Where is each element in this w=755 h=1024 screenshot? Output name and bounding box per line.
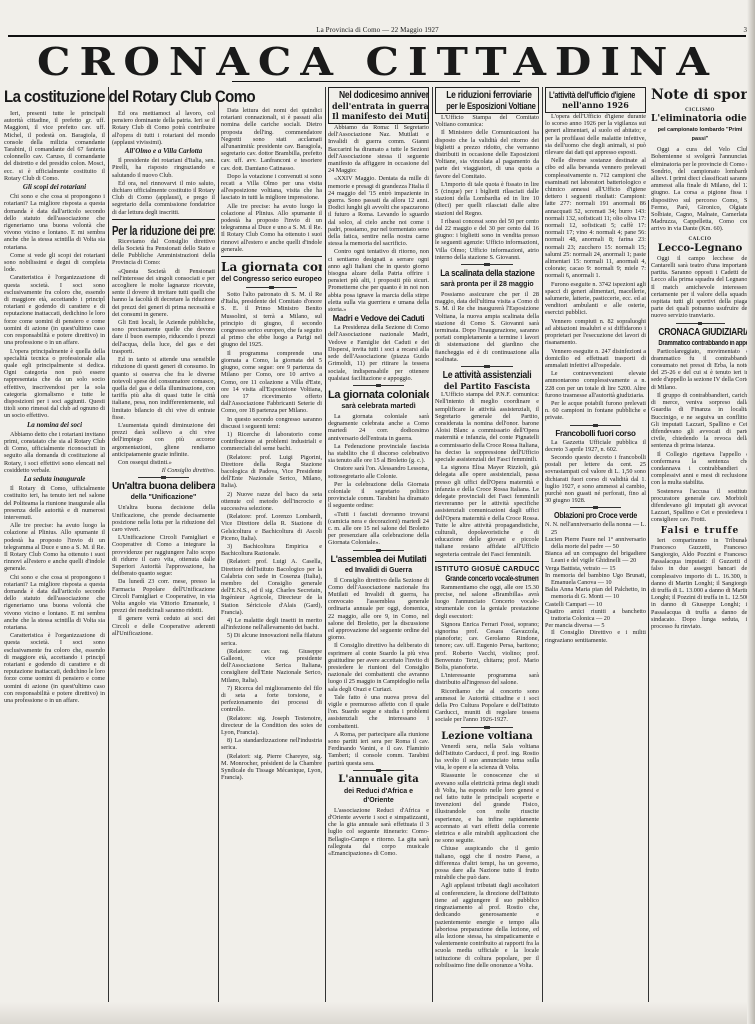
- truffe-paragraph: Ieri compariranno in Tribunale Francesco…: [651, 537, 749, 631]
- rotary-paragraph: Alle tre precise: ha avuto luogo la cola…: [221, 203, 322, 253]
- igiene-paragraph: Furono eseguite n. 3742 ispezioni agli s…: [545, 281, 646, 317]
- prezzi-paragraph: Gli Enti locali, le Aziende pubbliche, s…: [112, 319, 215, 355]
- unificazione-subtitle: della "Unificazione": [112, 493, 215, 502]
- calcio-paragraph: Oggi il campo lecchese del Cantarelli sa…: [651, 255, 749, 320]
- assemblea-paragraph: A Roma, per partecipare alla riunione so…: [328, 731, 429, 767]
- gita-title: L'annuale gita: [328, 774, 429, 786]
- madri-paragraph: La Presidenza della Sezione di Como dell…: [328, 324, 429, 382]
- congresso-paragraph: (Relatore: prof. Lorenzo Lombardi, Vice …: [221, 513, 322, 542]
- rotary-paragraph: Chi sono e che cosa si propongono i rota…: [4, 574, 105, 632]
- manifesto-paragraph: Contro ogni tentativo di ritorno, non ci…: [328, 248, 429, 313]
- igiene-paragraph: Vennero eseguite n. 247 disinfezioni a d…: [545, 348, 646, 370]
- column-divider: [108, 87, 109, 1002]
- rotary-headline: La costituzione del Rotary Club Como: [4, 88, 244, 106]
- rotary-paragraph: Chi sono e che cosa si propongono i rota…: [4, 193, 105, 251]
- column-1: Ieri, presenti tutte le principali autor…: [4, 110, 105, 1004]
- coloniale-paragraph: Oratore sarà l'on. Alessandro Lessona, s…: [328, 465, 429, 479]
- congresso-paragraph: 2) Nuove razze del baco da seta ottenute…: [221, 491, 322, 513]
- oblazioni-title: Oblazioni pro Croce verde: [550, 511, 641, 521]
- separator-ornament: [353, 770, 404, 771]
- article-rule: [435, 561, 539, 562]
- ciclismo-headline: L'eliminatoria odierna: [651, 114, 749, 125]
- oblazione-item: Per mancia diversa — 5: [545, 622, 646, 629]
- assemblea-subtitle: ed Invalidi di Guerra: [328, 566, 429, 575]
- assistenziali-subtitle: del Partito Fascista: [435, 381, 539, 391]
- congresso-paragraph: 7) Ricerca del miglioramento del filo di…: [221, 685, 322, 714]
- rotary-paragraph: Ieri, presenti tutte le principali autor…: [4, 110, 105, 182]
- igiene-paragraph: Vennero compiuti n. 82 sopraluoghi ad ab…: [545, 318, 646, 347]
- riduzioni-paragraph: L'Ufficio Stampa del Comitato Voltiano c…: [435, 114, 539, 128]
- prezzi-paragraph: Con ossequi distinti.»: [112, 459, 215, 466]
- congresso-paragraph: (Relatore: prof. Luigi Pigorini, Diretto…: [221, 454, 322, 490]
- rotary-paragraph: Dopo la votazione i convenuti si sono re…: [221, 173, 322, 202]
- manifesto-heading-box: Nel dodicesimo anniversario dell'entrata…: [328, 87, 429, 124]
- assemblea-paragraph: Tale fatto è una nuova prova del vigile …: [328, 694, 429, 730]
- column-6: L'attività dell'ufficio d'igiene nell'an…: [545, 87, 646, 1004]
- coloniale-paragraph: La giornata coloniale sarà degnamente ce…: [328, 413, 429, 442]
- assistenziali-paragraph: L'Ufficio stampa del P.N.F. comunica: Ne…: [435, 391, 539, 463]
- unificazione-paragraph: L'Unificazione Circoli Famigliari e Coop…: [112, 534, 215, 577]
- congresso-paragraph: (Relatore: cav. rag. Giuseppe Galleoni, …: [221, 648, 322, 684]
- giornata-comasca-title: La giornata comasca: [221, 260, 322, 274]
- article-rule: [221, 256, 322, 257]
- giornata-comasca-subtitle: del Congresso serico europeo: [221, 275, 322, 284]
- separator-ornament: [246, 287, 297, 288]
- lezione-paragraph: Agli applausi tributati dagli ascoltator…: [435, 882, 539, 968]
- separator-ornament: [570, 507, 621, 508]
- separator-ornament: [570, 425, 621, 426]
- manifesto-subtitle: Il manifesto dei Mutilati: [332, 111, 425, 121]
- igiene-paragraph: Le contravvenzioni elevate ammontarono c…: [545, 370, 646, 399]
- giudiziaria-title: CRONACA GIUDIZIARIA: [658, 327, 741, 339]
- separator-ornament: [353, 550, 404, 551]
- giudiziaria-paragraph: Sosteneva l'accusa il sostituto procurat…: [651, 488, 749, 524]
- rotary-paragraph: L'opera principalmente è quella della sp…: [4, 348, 105, 420]
- rotary-paragraph: Caratteristica è l'organizzazione di que…: [4, 274, 105, 346]
- calcio-headline: Lecco-Legnano: [651, 243, 749, 255]
- congresso-paragraph: (Relatore: sig. Joseph Testenoire, direc…: [221, 715, 322, 737]
- separator-ornament: [353, 385, 404, 386]
- gita-paragraph: L'associazione Reduci d'Africa e d'Orien…: [328, 807, 429, 857]
- congresso-paragraph: 4) Le malattie degli insetti in merito a…: [221, 617, 322, 631]
- congresso-paragraph: In questo secondo congresso saranno disc…: [221, 416, 322, 430]
- giudiziaria-paragraph: Il Collegio rigettava l'appello e confer…: [651, 451, 749, 487]
- page-edge-shadow: [747, 0, 755, 1024]
- ciclismo-subtitle: pel campionato lombardo "Primi passi": [651, 126, 749, 144]
- coloniale-subtitle: sarà celebrata martedì: [328, 402, 429, 411]
- oblazioni-closing: Il Consiglio Direttivo e i militi ringra…: [545, 629, 646, 643]
- prezzi-paragraph: «Questa Società di Pensionati nell'inter…: [112, 268, 215, 318]
- igiene-paragraph: Per le acque potabili furono prelevati n…: [545, 400, 646, 422]
- column-2: Ed ora mettiamoci al lavoro, col pensier…: [112, 110, 215, 1004]
- madri-title: Madri e Vedove dei Caduti: [328, 314, 429, 324]
- column-divider: [648, 200, 649, 1002]
- carducci-paragraph: Rammentiamo che oggi, alle ore 15.30 pre…: [435, 584, 539, 620]
- rotary-paragraph: Ed ora, nel rinnovarvi il mio saluto, di…: [112, 180, 215, 216]
- lezione-paragraph: Riassunte le conoscenze che si avevano s…: [435, 772, 539, 844]
- lezione-paragraph: Chiuse auspicando che il genio italiano,…: [435, 845, 539, 881]
- rotary-paragraph: Ed ora mettiamoci al lavoro, col pensier…: [112, 110, 215, 146]
- rotary-section-heading: Gli scopi dei rotariani: [4, 184, 105, 191]
- giudiziaria-paragraph: Il gruppo di contrabbandieri, carichi di…: [651, 392, 749, 450]
- prezzi-paragraph: Ed in tanto si attende una sensibile rid…: [112, 356, 215, 421]
- congresso-paragraph: 5) Di alcune innovazioni nella filatura …: [221, 632, 322, 646]
- oblazione-item: Castelli Campari — 10: [545, 601, 646, 608]
- congresso-paragraph: (Relatori: prof. Luigi A. Casella, Diret…: [221, 558, 322, 616]
- sport-title: Note di sport: [651, 87, 749, 104]
- riduzioni-title: Le riduzioni ferroviarie: [446, 90, 528, 101]
- oblazione-item: Verga Battista, vetraio — 15: [545, 565, 646, 572]
- separator-ornament: [138, 477, 190, 478]
- giudiziaria-paragraph: Particolareggiato, movimentato e drammat…: [651, 348, 749, 391]
- coloniale-title: La giornata coloniale: [328, 389, 429, 401]
- assemblea-paragraph: Il Consiglio direttivo ha deliberato di …: [328, 642, 429, 692]
- separator-ornament: [461, 727, 513, 728]
- rotary-paragraph: Abbiamo detto che i rotariani invitano p…: [4, 431, 105, 474]
- riduzioni-subtitle: per le Esposizioni Voltiane: [446, 101, 528, 111]
- carducci-paragraph: Ricordiamo che al concerto sono ammessi …: [435, 688, 539, 724]
- francobolli-paragraph: La Gazzetta Ufficiale pubblica il decret…: [545, 439, 646, 453]
- prezzi-title: Per la riduzione dei prezzi: [112, 223, 189, 238]
- coloniale-paragraph: Per la celebrazione della Giornata colon…: [328, 481, 429, 510]
- congresso-paragraph: (Relatori: sig. Pierre Chareyre, sig. M.…: [221, 753, 322, 782]
- oblazione-item: In memoria del bambino Ugo Brunati, Eman…: [545, 572, 646, 586]
- oblazioni-list: N. N. nell'anniversario della nonna — L.…: [545, 521, 646, 629]
- masthead: CRONACA CITTADINA: [0, 42, 755, 82]
- rotary-title: La costituzione del Rotary Club Como: [4, 88, 215, 106]
- congresso-paragraph: 8) La standardizzazione nell'industria s…: [221, 737, 322, 751]
- riduzioni-heading-box: Le riduzioni ferroviarie per le Esposizi…: [435, 87, 539, 114]
- carducci-title: Grande concerto vocale-strumentale: [445, 574, 528, 584]
- column-divider: [432, 87, 433, 1002]
- unificazione-paragraph: Un'altra buona decisione della Unificazi…: [112, 504, 215, 533]
- carducci-paragraph: L'interessante programma sarà distribuit…: [435, 672, 539, 686]
- oblazione-item: Balia Anna Maria pian del Palchetto, in …: [545, 586, 646, 600]
- column-divider: [325, 87, 326, 1002]
- unificazione-paragraph: Il genere verrà ceduto ai soci dei Circo…: [112, 615, 215, 637]
- coloniale-paragraph: «Tutti i fascisti dovranno trovarsi (cam…: [328, 511, 429, 547]
- gita-subtitle: dei Reduci d'Africa e d'Oriente: [328, 787, 429, 805]
- ciclismo-paragraph: Oggi a cura del Velo Club Bohemienne si …: [651, 146, 749, 232]
- separator-ornament: [461, 366, 513, 367]
- carducci-paragraph: Signora Enrica Ferrari Fossi, soprano; s…: [435, 621, 539, 671]
- congresso-paragraph: Il programma comprende una giornata a Co…: [221, 350, 322, 415]
- rotary-paragraph: Data lettura dei nomi dei quindici rotar…: [221, 107, 322, 172]
- rotary-section-heading: La nomina dei soci: [4, 422, 105, 429]
- oblazione-item: Bianca ad un compagno del brigadiere Lea…: [545, 550, 646, 564]
- page-bottom-margin: [0, 1002, 755, 1024]
- rotary-section-heading: All'Olmo e a Villa Carlotta: [112, 148, 215, 155]
- prezzi-paragraph: Riceviamo dal Consiglio direttivo della …: [112, 238, 215, 267]
- article-rule: [112, 219, 215, 220]
- rotary-paragraph: Caratteristica è l'organizzazione di que…: [4, 632, 105, 704]
- francobolli-paragraph: Secondo questo decreto i francobolli pos…: [545, 454, 646, 504]
- prezzi-signature: Il Consiglio direttivo.: [112, 467, 215, 474]
- carducci-kicker: ISTITUTO GIOSUÈ CARDUCCI: [435, 565, 539, 574]
- scalinata-title: La scalinata della stazione: [440, 268, 534, 279]
- scalinata-paragraph: Possiamo assicurare che per il 28 maggio…: [435, 291, 539, 363]
- column-7: Note di sport CICLISMO L'eliminatoria od…: [651, 87, 749, 1004]
- lezione-paragraph: Venerdì sera, nella Sala voltiana dell'I…: [435, 743, 539, 772]
- column-5: Le riduzioni ferroviarie per le Esposizi…: [435, 87, 539, 1004]
- igiene-title: L'attività dell'ufficio d'igiene: [549, 90, 622, 100]
- manifesto-paragraph: «XXIV Maggio. Dentata da mille di memori…: [328, 175, 429, 247]
- column-divider: [218, 100, 219, 1002]
- separator-ornament: [461, 264, 513, 265]
- rotary-paragraph: Il Rotary di Como, ufficialmente costitu…: [4, 485, 105, 521]
- oblazione-item: Lucien Pierre Faure nel 1° anniversario …: [545, 536, 646, 550]
- unificazione-title: Un'altra buona delibera: [112, 481, 215, 492]
- sport-kicker-ciclismo: CICLISMO: [651, 107, 749, 114]
- unificazione-paragraph: Da lunedì 23 corr. mese, presso la Farma…: [112, 578, 215, 614]
- rotary-paragraph: Come si vede gli scopi dei rotariani son…: [4, 252, 105, 274]
- congresso-paragraph: Sotto l'alto patronato di S. M. il Re d'…: [221, 291, 322, 349]
- column-divider: [542, 87, 543, 1002]
- riduzioni-paragraph: L'importo di tale quota è fissato in lir…: [435, 181, 539, 217]
- column-4: Nel dodicesimo anniversario dell'entrata…: [328, 87, 429, 1004]
- oblazione-item: Quattro amici riuniti a banchetto tratto…: [545, 608, 646, 622]
- assistenziali-paragraph: La signora Elisa Mayer Rizzioli, già del…: [435, 464, 539, 558]
- rotary-section-heading: La seduta inaugurale: [4, 476, 105, 483]
- running-head: La Provincia di Como — 22 Maggio 1927: [0, 26, 755, 34]
- igiene-paragraph: Nelle diverse sostanze destinate al cibo…: [545, 157, 646, 279]
- assistenziali-title: Le attività assistenziali: [441, 370, 533, 381]
- column-3: Data lettura dei nomi dei quindici rotar…: [221, 87, 322, 1004]
- oblazione-item: N. N. nell'anniversario della nonna — L.…: [545, 521, 646, 535]
- manifesto-paragraph: Abbiamo da Roma: Il Segretario dell'Asso…: [328, 124, 429, 174]
- manifesto-title: Nel dodicesimo anniversario: [339, 90, 418, 101]
- prezzi-paragraph: L'aumentata quindi diminuzione dei prezz…: [112, 422, 215, 458]
- masthead-underline: [232, 81, 520, 82]
- rotary-paragraph: Il presidente dei rotariani d'Italia, se…: [112, 157, 215, 179]
- congresso-paragraph: 1) Ricerche di laboratorio come contribu…: [221, 431, 322, 453]
- giudiziaria-subtitle: Drammatico contrabbando in appello: [658, 339, 741, 348]
- francobolli-title: Francobolli fuori corso: [545, 429, 646, 439]
- newspaper-page: La Provincia di Como — 22 Maggio 1927 3 …: [0, 0, 755, 1024]
- riduzioni-paragraph: Il Ministero delle Comunicazioni ha disp…: [435, 129, 539, 179]
- truffe-headline: Falsi e truffe: [651, 525, 749, 537]
- igiene-paragraph: L'opera dell'Ufficio d'igiene durante lo…: [545, 113, 646, 156]
- igiene-subtitle: nell'anno 1926: [549, 100, 642, 110]
- separator-ornament: [676, 323, 725, 324]
- riduzioni-paragraph: I ribassi concessi sono del 50 per cento…: [435, 218, 539, 261]
- assemblea-paragraph: Il Consiglio direttivo della Sezione di …: [328, 577, 429, 642]
- igiene-heading-box: L'attività dell'ufficio d'igiene nell'an…: [545, 87, 646, 113]
- lezione-title: Lezione voltiana: [435, 731, 539, 743]
- coloniale-paragraph: La Federazione provinciale fascista ha s…: [328, 443, 429, 465]
- scalinata-subtitle: sarà pronta per il 28 maggio: [435, 280, 539, 289]
- rotary-paragraph: Alle tre precise: ha avuto luogo la cola…: [4, 522, 105, 572]
- manifesto-subtitle: dell'entrata in guerra: [332, 101, 425, 111]
- congresso-paragraph: 3) Bachicoltura Empirica e Bachicoltura …: [221, 543, 322, 557]
- sport-kicker-calcio: CALCIO: [651, 236, 749, 243]
- header-rule: [8, 35, 746, 37]
- assemblea-title: L'assemblea dei Mutilati: [328, 554, 429, 565]
